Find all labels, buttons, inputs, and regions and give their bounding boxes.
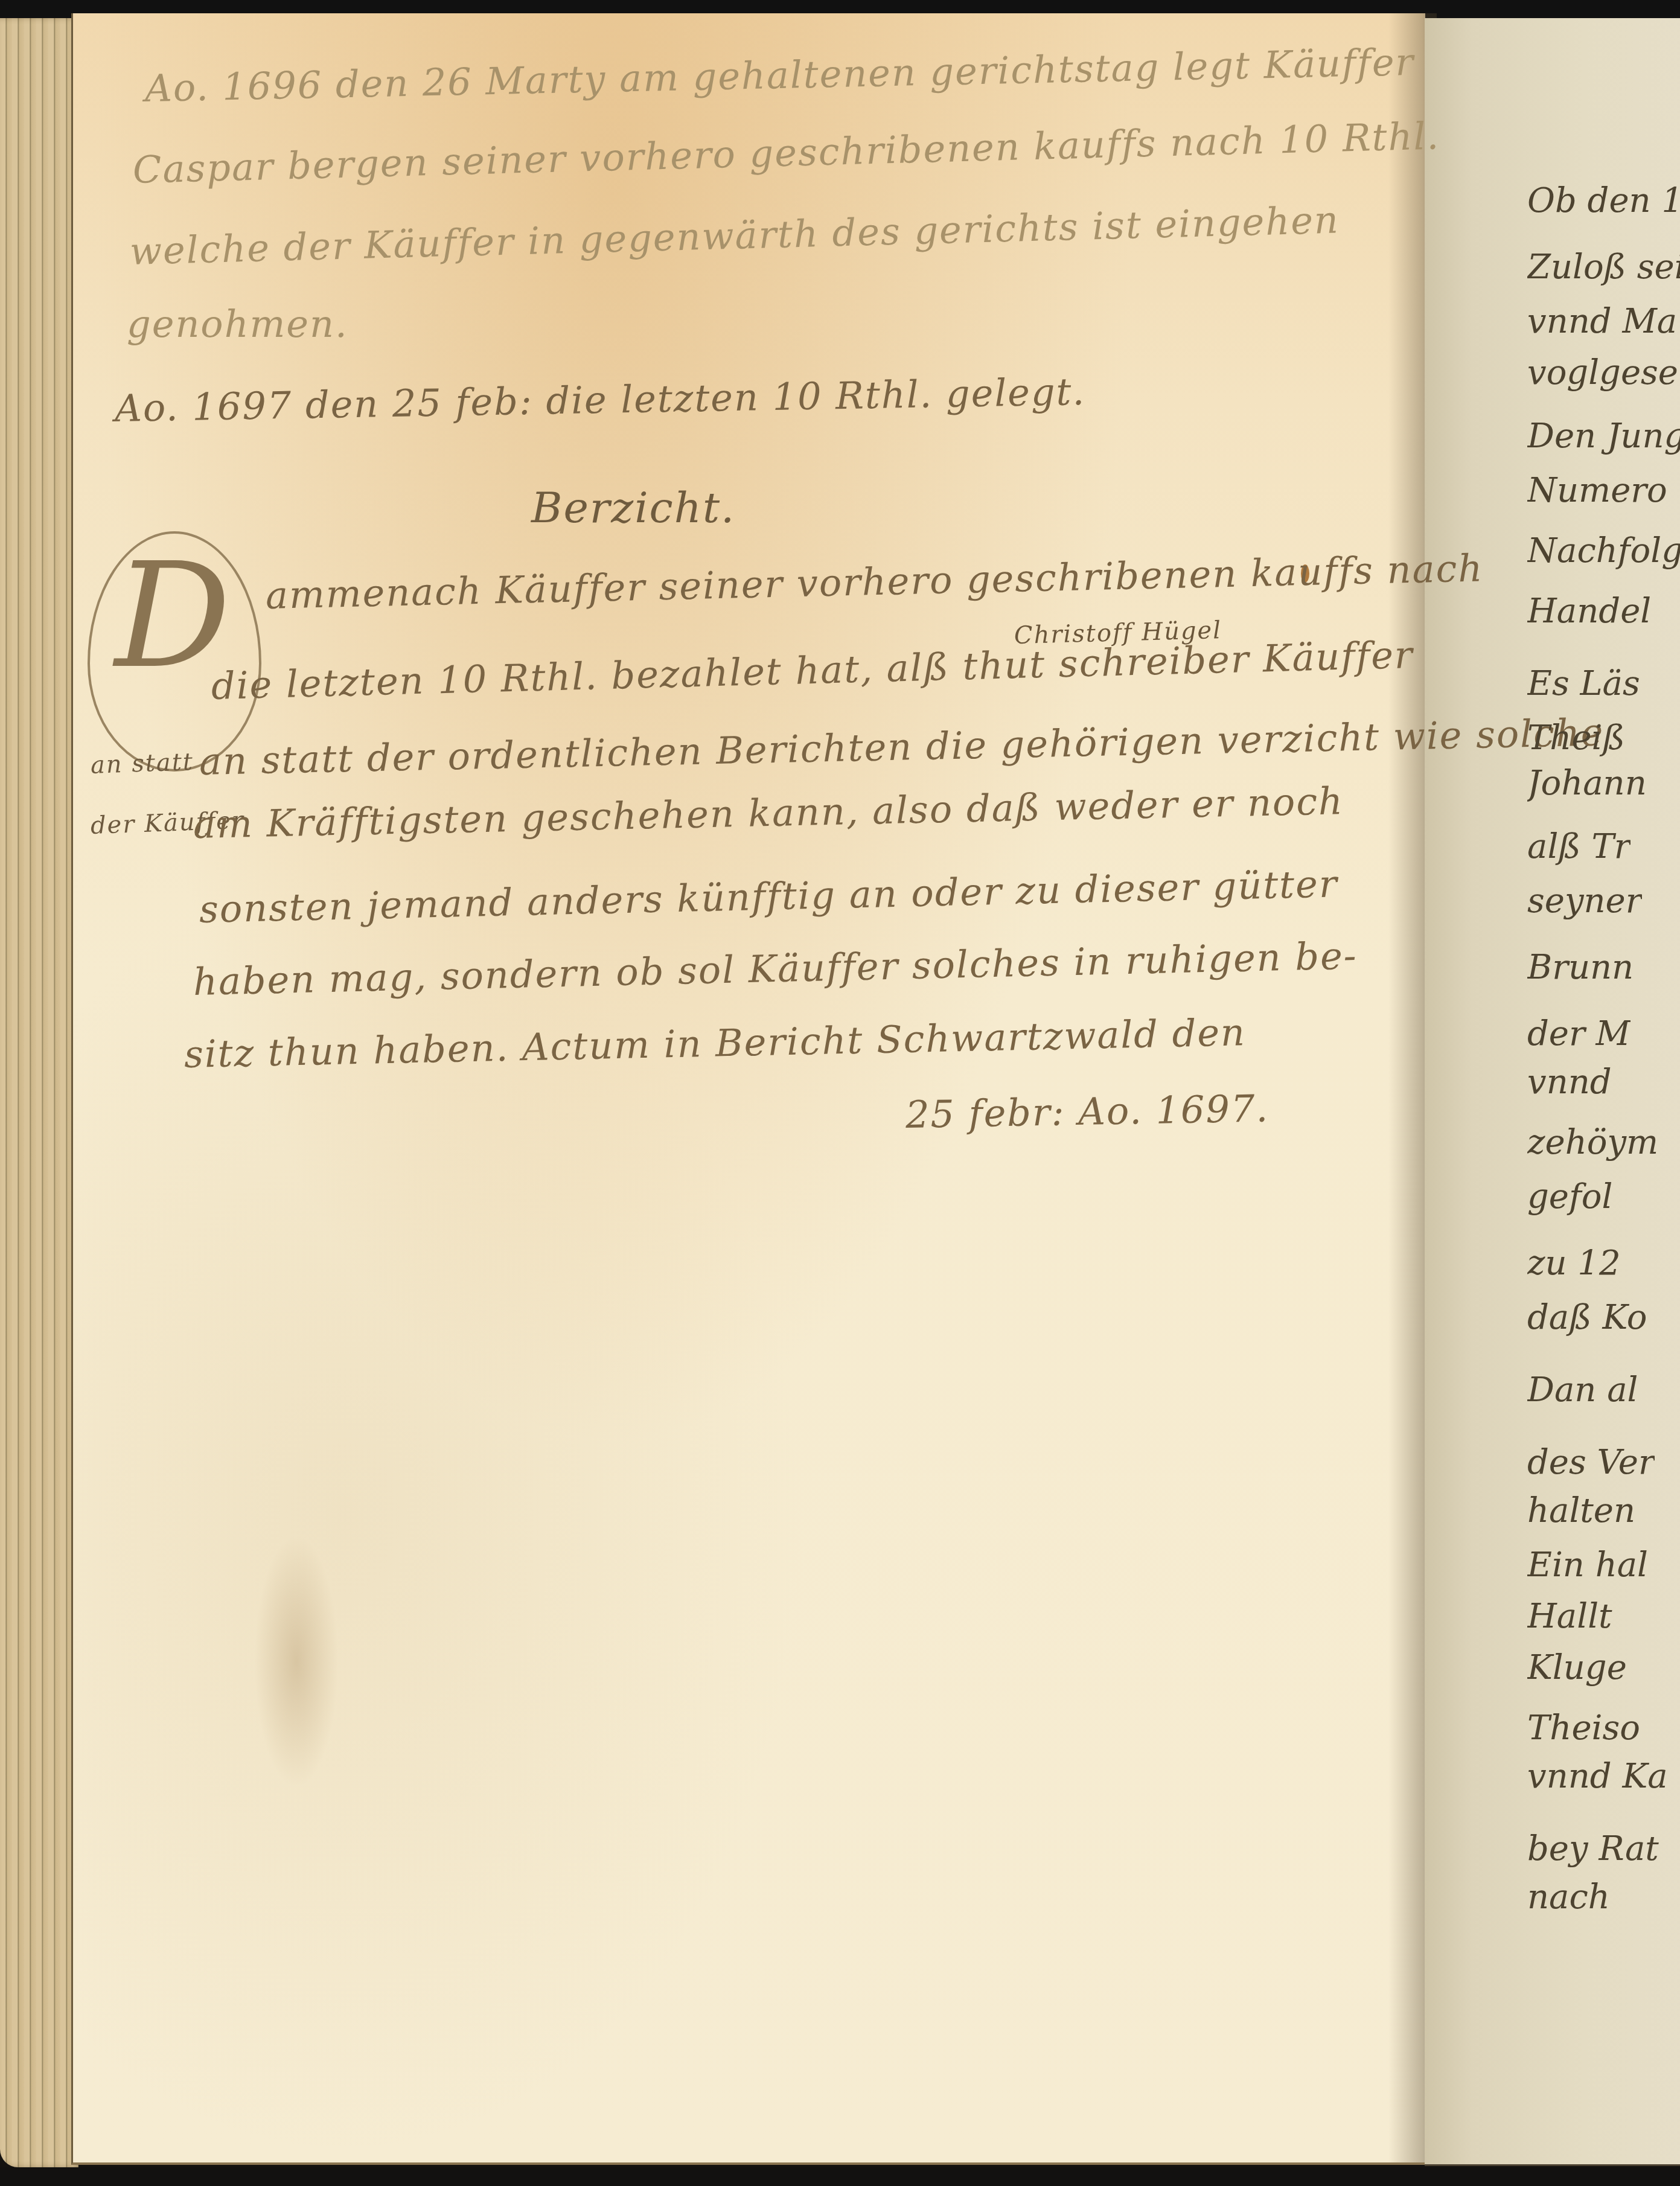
recto-line: Ob den 1: [1527, 181, 1680, 220]
recto-line: Dan al: [1527, 1370, 1638, 1410]
recto-line: Nachfolg: [1527, 531, 1680, 570]
recto-line: Brunn: [1527, 948, 1634, 987]
recto-line: daß Ko: [1527, 1298, 1647, 1337]
recto-line: zu 12: [1527, 1244, 1621, 1283]
recto-line: Kluge: [1527, 1648, 1627, 1687]
recto-line: der M: [1527, 1014, 1630, 1053]
recto-line: voglgese: [1527, 353, 1678, 392]
recto-line: vnnd Ka: [1527, 1757, 1668, 1796]
entry-2-date-line: 25 febr: Ao. 1697.: [905, 1086, 1269, 1136]
recto-line: vnnd Ma: [1527, 302, 1677, 341]
recto-line: nach: [1527, 1878, 1610, 1917]
book-scan: Ao. 1696 den 26 Marty am gehaltenen geri…: [0, 0, 1680, 2186]
margin-note-1: an statt: [90, 748, 194, 779]
recto-line: gefol: [1527, 1177, 1612, 1216]
recto-line: Numero: [1527, 471, 1667, 510]
entry-1-line-4: genohmen.: [127, 302, 348, 346]
recto-line: Johann: [1527, 764, 1647, 803]
paper-stain: [254, 1535, 339, 1788]
recto-line: Theiß: [1527, 718, 1625, 758]
recto-line: seyner: [1527, 881, 1642, 921]
recto-line: halten: [1527, 1491, 1635, 1530]
page-stack-edge: [0, 18, 78, 2167]
recto-line: bey Rat: [1527, 1829, 1659, 1868]
recto-line: Hallt: [1527, 1597, 1612, 1636]
recto-line: zehöym: [1527, 1123, 1658, 1162]
scan-background-bottom: [0, 2167, 1680, 2186]
recto-line: alß Tr: [1527, 827, 1630, 866]
recto-line: Den Junge: [1527, 417, 1680, 456]
section-heading: Berzicht.: [531, 483, 735, 532]
recto-line: Es Läs: [1527, 664, 1640, 703]
recto-line: Zuloß seine: [1527, 248, 1680, 287]
recto-line: Ein hal: [1527, 1545, 1648, 1585]
recto-line: Handel: [1527, 592, 1651, 631]
recto-line: des Ver: [1527, 1443, 1655, 1482]
recto-line: Theiso: [1527, 1708, 1640, 1748]
recto-line: vnnd: [1527, 1063, 1612, 1102]
